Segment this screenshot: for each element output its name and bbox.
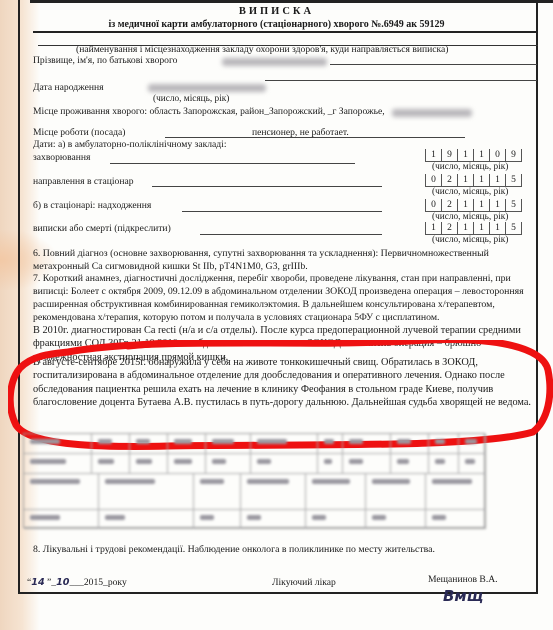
dates-intro: Дати: а) в амбулаторно-поліклінічному за… bbox=[33, 139, 227, 150]
patient-name-label: Прізвище, ім'я, по батькові хворого bbox=[33, 55, 177, 66]
digit: 1 bbox=[489, 174, 505, 187]
birth-date-redacted bbox=[148, 84, 266, 92]
section-8-recommendations: 8. Лікувальні і трудові рекомендації. На… bbox=[33, 543, 538, 556]
date-hint: (число, місяць, рік) bbox=[432, 212, 508, 222]
digit: 5 bbox=[505, 222, 522, 235]
digit: 5 bbox=[505, 199, 522, 212]
birth-date-hint: (число, місяць, рік) bbox=[153, 94, 229, 104]
digit: 9 bbox=[441, 149, 457, 162]
work-label: Місце роботи (посада) bbox=[33, 127, 125, 138]
doctor-label: Лікуючий лікар bbox=[272, 577, 336, 588]
digit: 1 bbox=[473, 222, 489, 235]
digit: 1 bbox=[425, 149, 441, 162]
patient-name-redacted bbox=[222, 58, 327, 66]
digit: 1 bbox=[473, 174, 489, 187]
digit: 0 bbox=[425, 199, 441, 212]
digit: 0 bbox=[489, 149, 505, 162]
date-hint: (число, місяць, рік) bbox=[432, 187, 508, 197]
birth-date-line bbox=[265, 80, 537, 81]
digit: 1 bbox=[457, 149, 473, 162]
digit: 1 bbox=[457, 222, 473, 235]
admission-line bbox=[182, 211, 382, 212]
digit: 1 bbox=[457, 199, 473, 212]
date-row-label-referral: направлення в стаціонар bbox=[33, 176, 134, 187]
day: 14 bbox=[31, 577, 44, 588]
digit: 2 bbox=[441, 174, 457, 187]
birth-date-label: Дата народження bbox=[33, 82, 104, 93]
address-redacted bbox=[392, 109, 472, 117]
date-hint: (число, місяць, рік) bbox=[432, 235, 508, 245]
digit: 1 bbox=[489, 222, 505, 235]
residence-label: Місце проживання хворого: область Запоро… bbox=[33, 106, 385, 117]
doctor-signature: Вмщ bbox=[443, 587, 483, 605]
digit: 1 bbox=[457, 174, 473, 187]
date-row-label-onset: захворювання bbox=[33, 152, 90, 163]
discharge-date: “14 ”_10___2015_року bbox=[27, 577, 127, 588]
section-7-anamnesis: 7. Короткий анамнез, діагностичні дослід… bbox=[33, 272, 538, 324]
institution-hint: (найменування і місцезнаходження закладу… bbox=[76, 44, 448, 55]
patient-name-line bbox=[330, 64, 537, 65]
discharge-line bbox=[200, 234, 382, 235]
date-row-label-discharge: виписки або смерті (підкреслити) bbox=[33, 223, 171, 234]
subtitle-rule bbox=[33, 31, 538, 33]
discharge-date-boxes: 121115 bbox=[425, 222, 522, 235]
digit: 2 bbox=[441, 199, 457, 212]
date-row-label-admission: б) в стаціонарі: надходження bbox=[33, 200, 151, 211]
document-subtitle: із медичної карти амбулаторного (стаціон… bbox=[0, 19, 553, 30]
month: 10 bbox=[56, 577, 69, 588]
digit: 1 bbox=[425, 222, 441, 235]
digit: 9 bbox=[505, 149, 522, 162]
digit: 0 bbox=[425, 174, 441, 187]
digit: 5 bbox=[505, 174, 522, 187]
onset-date-boxes: 191109 bbox=[425, 149, 522, 162]
digit: 1 bbox=[473, 149, 489, 162]
digit: 1 bbox=[489, 199, 505, 212]
digit: 2 bbox=[441, 222, 457, 235]
admission-date-boxes: 021115 bbox=[425, 199, 522, 212]
referral-date-boxes: 021115 bbox=[425, 174, 522, 187]
date-hint: (число, місяць, рік) bbox=[432, 162, 508, 172]
work-value: пенсионер, не работает. bbox=[252, 127, 349, 138]
section-7-highlighted: В августе-сентябре 2015г. обнаружила у с… bbox=[33, 356, 538, 410]
document-title: ВИПИСКА bbox=[0, 6, 553, 17]
digit: 1 bbox=[473, 199, 489, 212]
lab-results-table-redacted bbox=[23, 433, 485, 528]
year: 2015_року bbox=[84, 577, 127, 588]
referral-line bbox=[152, 186, 382, 187]
section-6-diagnosis: 6. Повний діагноз (основне захворювання,… bbox=[33, 247, 538, 273]
onset-line bbox=[110, 163, 355, 164]
doctor-name: Мещанинов В.А. bbox=[428, 574, 498, 585]
